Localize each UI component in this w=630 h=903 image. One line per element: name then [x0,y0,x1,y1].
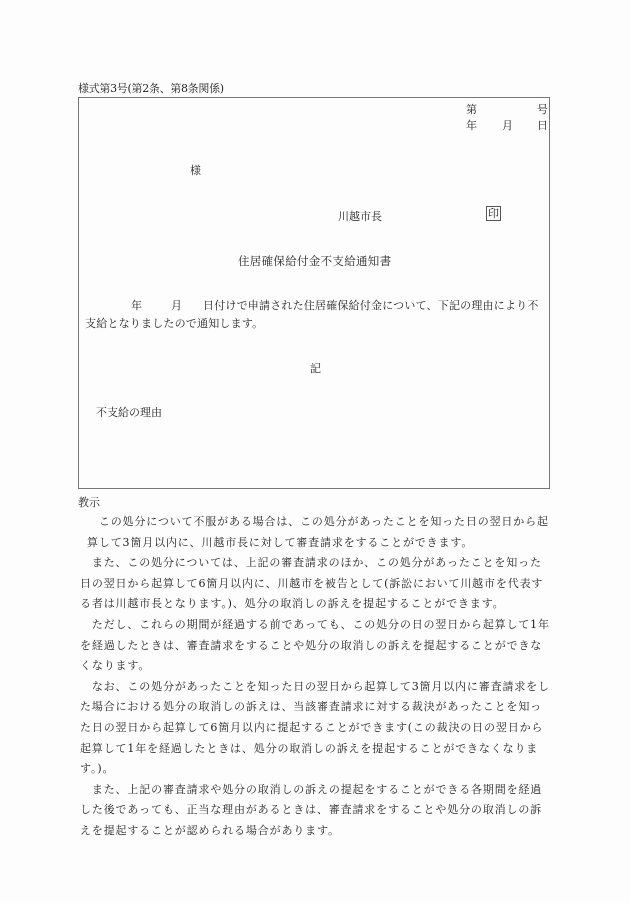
kyoji-line: 日の翌日から起算して6箇月以内に、川越市を被告として(訴訟において川越市を代表す [80,574,557,595]
body-line-1: 日付けで申請された住居確保給付金について、下記の理由により不 [203,297,539,313]
document-title: 住居確保給付金不支給通知書 [238,253,391,269]
kyoji-line: を経過したときは、審査請求をすることや処分の取消しの訴えを提起することができな [80,636,557,657]
kyoji-line: なお、この処分があったことを知った日の翌日から起算して3箇月以内に審査請求をし [80,677,557,698]
body-line-2: 支給となりましたので通知します。 [85,315,263,331]
seal-mark: 印 [486,206,501,221]
ki-label: 記 [310,360,321,376]
date-month: 月 [502,117,513,133]
kyoji-line: また、この処分については、上記の審査請求のほか、この処分があったことを知った [80,553,557,574]
kyoji-line: した後であっても、正当な理由があるときは、審査請求をすることや処分の取消しの訴 [80,800,557,821]
body-date-year: 年 [131,297,142,313]
doc-number-prefix: 第 [466,101,477,117]
addressee-suffix: 様 [190,162,201,178]
body-date-month: 月 [171,297,182,313]
kyoji-line: この処分について不服がある場合は、この処分があったことを知った日の翌日から起 [87,512,557,533]
kyoji-line: 算して3箇月以内に、川越市長に対して審査請求をすることができます。 [87,533,557,554]
date-day: 日 [537,117,548,133]
reason-label: 不支給の理由 [96,404,162,420]
doc-number-suffix: 号 [537,101,548,117]
kyoji-line: す。)。 [80,759,557,780]
kyoji-label: 教示 [78,494,100,510]
kyoji-line: ただし、これらの期間が経過する前であっても、この処分の日の翌日から起算して1年 [80,615,557,636]
date-year: 年 [466,117,477,133]
issuer-name: 川越市長 [338,208,382,224]
kyoji-line: また、上記の審査請求や処分の取消しの訴えの提起をすることができる各期間を経過 [80,780,557,801]
notice-box: 第 号 年 月 日 様 川越市長 印 住居確保給付金不支給通知書 年 月 日付け… [78,97,550,489]
kyoji-line: た日の翌日から起算して6箇月以内に提起することができます(この裁決の日の翌日から [80,718,557,739]
kyoji-line: えを提起することが認められる場合があります。 [80,821,557,842]
form-number-label: 様式第3号(第2条、第8条関係) [78,80,224,96]
kyoji-line: た場合における処分の取消しの訴えは、当該審査請求に対する裁決があったことを知っ [80,697,557,718]
kyoji-line: くなります。 [80,656,557,677]
kyoji-line: る者は川越市長となります。)、処分の取消しの訴えを提起することができます。 [80,594,557,615]
kyoji-text: この処分について不服がある場合は、この処分があったことを知った日の翌日から起 算… [87,512,557,842]
kyoji-line: 起算して1年を経過したときは、処分の取消しの訴えを提起することができなくなりま [80,739,557,760]
